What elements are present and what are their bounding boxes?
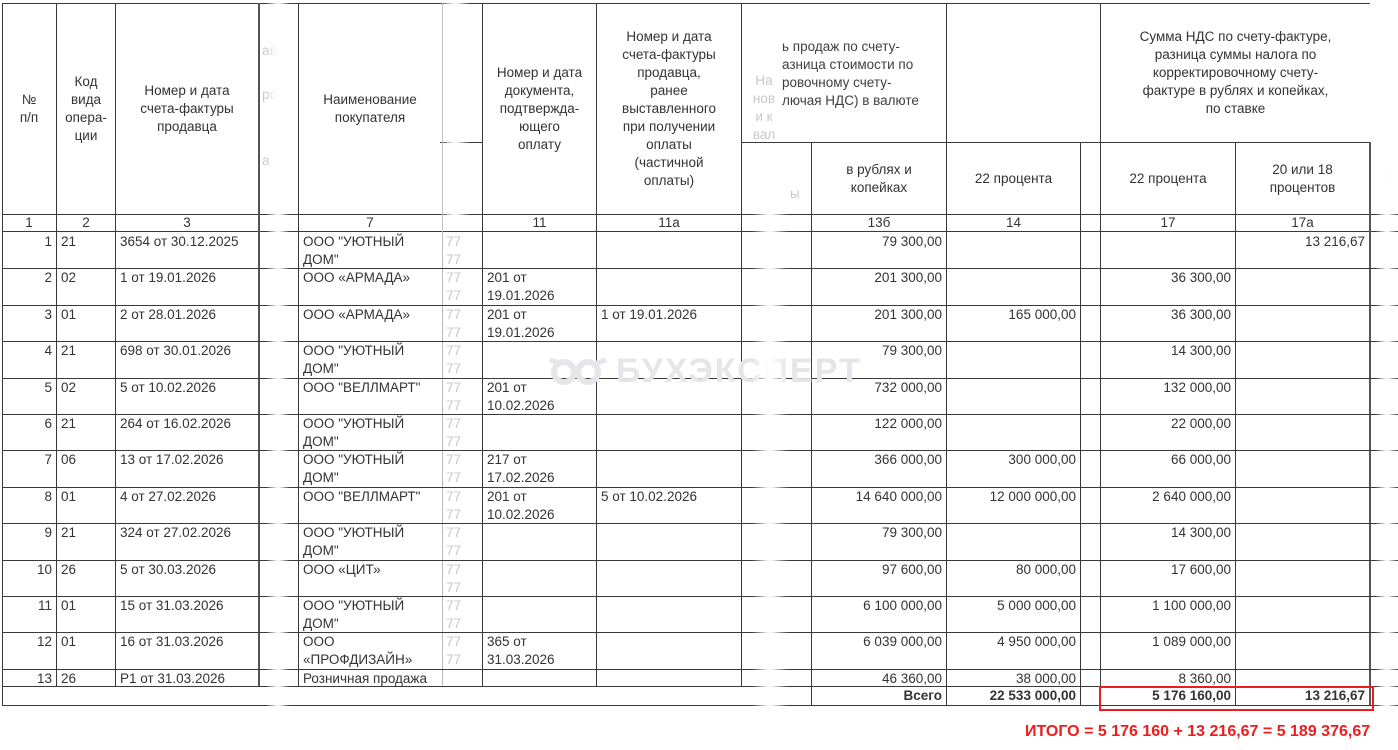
operation-code: 01 <box>57 488 115 523</box>
prev-invoice <box>597 597 741 632</box>
prev-invoice <box>597 670 741 686</box>
row-number: 8 <box>3 488 56 523</box>
grid-line <box>1369 142 1371 705</box>
header-vat-22-percent: 22 процента <box>1101 143 1235 214</box>
watermark: БУХЭКСПЕРТ <box>548 352 862 391</box>
faded-inn-fragment: 77 77 <box>444 524 474 560</box>
vat-22-percent: 1 089 000,00 <box>1101 633 1235 669</box>
prev-invoice <box>597 233 741 268</box>
seller-invoice: 5 от 30.03.2026 <box>116 561 258 596</box>
seam-fade <box>752 214 788 720</box>
sum-22-percent: 38 000,00 <box>947 670 1080 686</box>
row-number: 6 <box>3 415 56 450</box>
header-vat-20-18-percent: 20 или 18 процентов <box>1236 143 1369 214</box>
buyer-name: ООО "ВЕЛЛМАРТ" <box>299 379 441 414</box>
sum-22-percent: 12 000 000,00 <box>947 488 1080 523</box>
seam-fade <box>266 0 290 720</box>
row-number: 3 <box>3 306 56 341</box>
seller-invoice: 3654 от 30.12.2025 <box>116 233 258 268</box>
seller-invoice: 324 от 27.02.2026 <box>116 524 258 560</box>
payment-document <box>483 670 596 686</box>
sum-rubles: 6 039 000,00 <box>812 633 946 669</box>
sum-22-percent <box>947 524 1080 560</box>
vat-22-percent <box>1101 233 1235 268</box>
sum-rubles: 366 000,00 <box>812 451 946 487</box>
vat-22-percent: 2 640 000,00 <box>1101 488 1235 523</box>
prev-invoice: 5 от 10.02.2026 <box>597 488 741 523</box>
seller-invoice: 1 от 19.01.2026 <box>116 269 258 305</box>
seller-invoice: 4 от 27.02.2026 <box>116 488 258 523</box>
operation-code: 21 <box>57 233 115 268</box>
owl-logo-icon <box>548 356 608 386</box>
buyer-name: ООО "ВЕЛЛМАРТ" <box>299 488 441 523</box>
sum-22-percent <box>947 269 1080 305</box>
seam-fade <box>440 0 470 231</box>
colnum-bottom-border <box>2 231 1398 232</box>
header-prev-invoice: Номер и дата счета-фактуры продавца, ран… <box>597 3 741 214</box>
sum-22-percent: 4 950 000,00 <box>947 633 1080 669</box>
payment-document <box>483 524 596 560</box>
colnum-14: 14 <box>947 214 1080 231</box>
vat-20-18-percent <box>1236 670 1369 686</box>
buyer-name: ООО "УЮТНЫЙ ДОМ" <box>299 451 441 487</box>
payment-document <box>483 561 596 596</box>
vat-20-18-percent <box>1236 379 1369 414</box>
operation-code: 06 <box>57 451 115 487</box>
faded-inn-fragment: 77 77 <box>444 451 474 487</box>
buyer-name: ООО "УЮТНЫЙ ДОМ" <box>299 597 441 632</box>
grid-line <box>741 3 742 686</box>
row-number: 10 <box>3 561 56 596</box>
payment-document <box>483 415 596 450</box>
prev-invoice: 1 от 19.01.2026 <box>597 306 741 341</box>
row-number: 7 <box>3 451 56 487</box>
grid-line <box>258 3 260 686</box>
row-number: 13 <box>3 670 56 686</box>
seller-invoice: 698 от 30.01.2026 <box>116 342 258 378</box>
buyer-name: Розничная продажа <box>299 670 441 686</box>
grid-line <box>1080 142 1081 705</box>
operation-code: 26 <box>57 670 115 686</box>
faded-inn-fragment: 77 77 <box>444 415 474 450</box>
operation-code: 01 <box>57 633 115 669</box>
colnum-11a: 11а <box>597 214 741 231</box>
payment-document: 217 от 17.02.2026 <box>483 451 596 487</box>
seller-invoice: 15 от 31.03.2026 <box>116 597 258 632</box>
vat-20-18-percent <box>1236 306 1369 341</box>
operation-code: 26 <box>57 561 115 596</box>
buyer-name: ООО "УЮТНЫЙ ДОМ" <box>299 524 441 560</box>
colnum-11: 11 <box>483 214 596 231</box>
prev-invoice <box>597 415 741 450</box>
sum-rubles: 79 300,00 <box>812 524 946 560</box>
vat-20-18-percent <box>1236 597 1369 632</box>
summary-total: ИТОГО = 5 176 160 + 13 216,67 = 5 189 37… <box>1025 723 1370 741</box>
header-operation-code: Код вида опера- ции <box>57 3 115 214</box>
buyer-name: ООО «АРМАДА» <box>299 269 441 305</box>
vat-20-18-percent <box>1236 633 1369 669</box>
sum-rubles: 122 000,00 <box>812 415 946 450</box>
colnum-7: 7 <box>299 214 441 231</box>
colnum-1: 1 <box>2 214 56 231</box>
vat-22-percent: 1 100 000,00 <box>1101 597 1235 632</box>
total-sum-22: 22 533 000,00 <box>947 687 1080 705</box>
header-seller-invoice: Номер и дата счета-фактуры продавца <box>116 3 258 214</box>
faded-inn-fragment: 77 77 <box>444 488 474 523</box>
colnum-17a: 17а <box>1236 214 1369 231</box>
row-number: 4 <box>3 342 56 378</box>
sum-rubles: 201 300,00 <box>812 269 946 305</box>
sum-rubles: 6 100 000,00 <box>812 597 946 632</box>
header-vat-group: Сумма НДС по счету-фактуре, разница сумм… <box>1101 3 1370 142</box>
vat-20-18-percent <box>1236 269 1369 305</box>
row-number: 5 <box>3 379 56 414</box>
vat-22-percent: 17 600,00 <box>1101 561 1235 596</box>
vat-22-percent: 8 360,00 <box>1101 670 1235 686</box>
buyer-name: ООО «ЦИТ» <box>299 561 441 596</box>
faded-inn-fragment: 77 77 <box>444 597 474 632</box>
header-row-number: № п/п <box>2 3 56 214</box>
header-sum-rubles: в рублях и копейках <box>812 143 946 214</box>
vat-22-percent: 36 300,00 <box>1101 269 1235 305</box>
total-highlight-box <box>1099 686 1374 711</box>
vat-20-18-percent <box>1236 561 1369 596</box>
payment-document: 365 от 31.03.2026 <box>483 633 596 669</box>
header-partial-currency: На нов и к вал <box>744 72 784 142</box>
colnum-3: 3 <box>116 214 258 231</box>
vat-20-18-percent <box>1236 488 1369 523</box>
sum-rubles: 79 300,00 <box>812 233 946 268</box>
seller-invoice: 16 от 31.03.2026 <box>116 633 258 669</box>
buyer-name: ООО "УЮТНЫЙ ДОМ" <box>299 415 441 450</box>
payment-document: 201 от 19.01.2026 <box>483 269 596 305</box>
buyer-name: ООО "УЮТНЫЙ ДОМ" <box>299 342 441 378</box>
faded-inn-fragment: 77 77 <box>444 342 474 378</box>
payment-document: 201 от 19.01.2026 <box>483 306 596 341</box>
faded-inn-fragment: 77 77 <box>444 633 474 669</box>
seller-invoice: 13 от 17.02.2026 <box>116 451 258 487</box>
operation-code: 21 <box>57 524 115 560</box>
prev-invoice <box>597 269 741 305</box>
faded-inn-fragment: 77 77 <box>444 269 474 305</box>
sum-rubles: 201 300,00 <box>812 306 946 341</box>
prev-invoice <box>597 633 741 669</box>
operation-code: 21 <box>57 342 115 378</box>
sum-22-percent: 300 000,00 <box>947 451 1080 487</box>
seller-invoice: 5 от 10.02.2026 <box>116 379 258 414</box>
colnum-13b: 13б <box>812 214 946 231</box>
faded-inn-fragment: 77 77 <box>444 306 474 341</box>
vat-20-18-percent <box>1236 342 1369 378</box>
header-sum-22-percent: 22 процента <box>947 143 1080 214</box>
payment-document <box>483 597 596 632</box>
vat-22-percent: 66 000,00 <box>1101 451 1235 487</box>
sum-22-percent <box>947 233 1080 268</box>
prev-invoice <box>597 561 741 596</box>
payment-document: 201 от 10.02.2026 <box>483 488 596 523</box>
row-number: 12 <box>3 633 56 669</box>
row-number: 1 <box>3 233 56 268</box>
vat-22-percent: 22 000,00 <box>1101 415 1235 450</box>
colnum-2: 2 <box>57 214 115 231</box>
faded-inn-fragment: 77 77 <box>444 561 474 596</box>
row-number: 2 <box>3 269 56 305</box>
vat-22-percent: 36 300,00 <box>1101 306 1235 341</box>
vat-20-18-percent <box>1236 451 1369 487</box>
seller-invoice: Р1 от 31.03.2026 <box>116 670 258 686</box>
vat-22-percent: 14 300,00 <box>1101 342 1235 378</box>
sum-22-percent <box>947 379 1080 414</box>
header-sales-value-group: ь продаж по счету- азница стоимости по р… <box>782 38 946 138</box>
seam-fade <box>1376 0 1398 720</box>
sum-rubles: 14 640 000,00 <box>812 488 946 523</box>
prev-invoice <box>597 451 741 487</box>
vat-22-percent: 132 000,00 <box>1101 379 1235 414</box>
sum-22-percent: 80 000,00 <box>947 561 1080 596</box>
header-payment-document: Номер и дата документа, подтвержда- ющег… <box>483 3 596 214</box>
prev-invoice <box>597 524 741 560</box>
sum-rubles: 97 600,00 <box>812 561 946 596</box>
sum-22-percent: 5 000 000,00 <box>947 597 1080 632</box>
faded-inn-fragment: 77 77 <box>444 379 474 414</box>
watermark-text: БУХЭКСПЕРТ <box>616 352 862 390</box>
header-buyer-name: Наименование покупателя <box>299 3 441 214</box>
buyer-name: ООО «ПРОФДИЗАЙН» <box>299 633 441 669</box>
row-number: 11 <box>3 597 56 632</box>
vat-20-18-percent <box>1236 415 1369 450</box>
row-number: 9 <box>3 524 56 560</box>
sum-rubles: 46 360,00 <box>812 670 946 686</box>
operation-code: 01 <box>57 597 115 632</box>
vat-22-percent: 14 300,00 <box>1101 524 1235 560</box>
buyer-name: ООО «АРМАДА» <box>299 306 441 341</box>
operation-code: 01 <box>57 306 115 341</box>
sum-22-percent <box>947 342 1080 378</box>
vat-20-18-percent <box>1236 524 1369 560</box>
buyer-name: ООО "УЮТНЫЙ ДОМ" <box>299 233 441 268</box>
sum-22-percent <box>947 415 1080 450</box>
seller-invoice: 264 от 16.02.2026 <box>116 415 258 450</box>
vat-20-18-percent: 13 216,67 <box>1236 233 1369 268</box>
sum-22-percent: 165 000,00 <box>947 306 1080 341</box>
operation-code: 02 <box>57 269 115 305</box>
header-partial-sub: ы <box>790 185 810 205</box>
faded-inn-fragment: 77 77 <box>444 233 474 268</box>
operation-code: 21 <box>57 415 115 450</box>
seller-invoice: 2 от 28.01.2026 <box>116 306 258 341</box>
total-label: Всего <box>812 687 946 705</box>
colnum-17: 17 <box>1101 214 1235 231</box>
payment-document <box>483 233 596 268</box>
operation-code: 02 <box>57 379 115 414</box>
